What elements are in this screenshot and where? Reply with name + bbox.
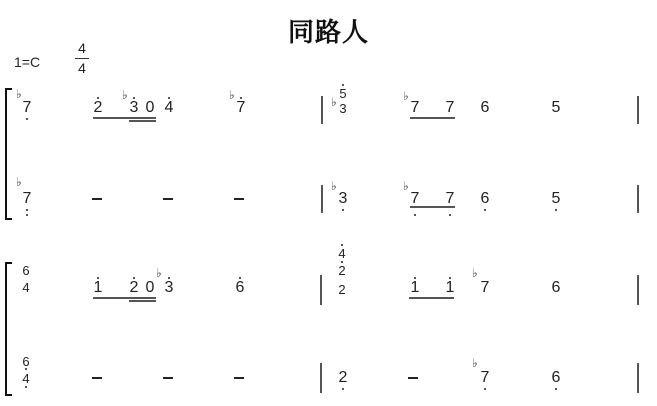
note: 0 [144,99,156,117]
flat-icon: ♭ [472,357,478,369]
flat-icon: ♭ [229,89,235,101]
note: 6 [479,190,491,208]
high-octave-dot [133,277,135,279]
sixteenth-underline [129,120,156,122]
bar-line [320,275,322,305]
note-digit: 2 [339,369,348,386]
note-digit: 4 [22,280,29,295]
chord-note: 6 [20,264,32,277]
note-digit: 7 [411,99,420,116]
eighth-underline [409,297,454,299]
high-octave-dot [342,84,344,86]
time-sig-divider [75,58,89,59]
note: 6 [479,99,491,117]
note-digit: 2 [338,282,345,297]
low-octave-dot [555,209,557,211]
flat-icon: ♭ [472,267,478,279]
low-octave-dot [342,209,344,211]
note: 0 [144,279,156,297]
low-octave-dot [449,214,451,216]
sustain-dash [234,377,244,379]
flat-icon: ♭ [331,180,337,192]
chord-note: 2 [336,264,348,277]
bar-line [321,96,323,124]
chord-note: 4 [20,281,32,294]
note-digit: 6 [552,279,561,296]
bar-line [637,96,639,124]
note-digit: 0 [146,99,155,116]
note-digit: 4 [165,99,174,116]
note: 1 [409,279,421,297]
low-octave-dot [25,368,27,370]
chord-note: 4 [20,372,32,385]
flat-icon: ♭ [16,176,22,188]
low-octave-dot [555,388,557,390]
flat-icon: ♭ [403,180,409,192]
bar-line [637,275,639,305]
sixteenth-underline [129,300,156,302]
note: 7 [21,190,33,208]
note-digit: 7 [481,369,490,386]
sustain-dash [163,198,173,200]
sustain-dash [92,198,102,200]
high-octave-dot [341,244,343,246]
low-octave-dot [26,214,28,216]
chord-note: 6 [20,355,32,368]
note: 4 [163,99,175,117]
note-digit: 7 [23,190,32,207]
flat-icon: ♭ [122,89,128,101]
system-2-brace [5,262,12,396]
time-signature: 4 4 [75,40,89,77]
note-digit: 6 [552,369,561,386]
note-digit: 4 [338,246,345,261]
note-digit: 6 [236,279,245,296]
chord-note: 4 [336,247,348,260]
note: 3 [163,279,175,297]
low-octave-dot [414,214,416,216]
time-sig-bottom: 4 [78,60,86,76]
note-digit: 3 [165,279,174,296]
high-octave-dot [97,97,99,99]
note-digit: 6 [481,99,490,116]
low-octave-dot [484,209,486,211]
bar-line [321,185,323,213]
bar-line [320,363,322,393]
note: 2 [92,99,104,117]
note-digit: 2 [94,99,103,116]
eighth-underline [93,297,156,299]
sustain-dash [163,377,173,379]
note-digit: 6 [22,263,29,278]
note-digit: 6 [22,354,29,369]
low-octave-dot [26,209,28,211]
high-octave-dot [449,277,451,279]
note: 7 [479,279,491,297]
high-octave-dot [239,277,241,279]
note: 1 [92,279,104,297]
note: 5 [550,99,562,117]
bar-line [637,363,639,393]
note-digit: 2 [338,263,345,278]
note: 7 [444,99,456,117]
note-digit: 3 [339,101,346,116]
note: 7 [409,99,421,117]
sustain-dash [234,198,244,200]
note-digit: 5 [552,99,561,116]
note-digit: 7 [481,279,490,296]
note-digit: 7 [411,190,420,207]
low-octave-dot [25,386,27,388]
eighth-underline [410,117,455,119]
low-octave-dot [484,388,486,390]
note-digit: 1 [446,279,455,296]
note: 1 [444,279,456,297]
note-digit: 6 [481,190,490,207]
high-octave-dot [240,97,242,99]
eighth-underline [410,206,455,208]
sustain-dash [92,377,102,379]
high-octave-dot [97,277,99,279]
note: 3 [128,99,140,117]
high-octave-dot [168,97,170,99]
note-digit: 3 [130,99,139,116]
note: 7 [479,369,491,387]
note: 2 [337,369,349,387]
note-digit: 1 [411,279,420,296]
system-1-brace [5,88,12,220]
low-octave-dot [342,388,344,390]
high-octave-dot [168,277,170,279]
note-digit: 0 [146,279,155,296]
note-digit: 2 [130,279,139,296]
note-digit: 7 [237,99,246,116]
note: 2 [128,279,140,297]
note: 5 [550,190,562,208]
chord-note: 5 [337,87,349,100]
note-digit: 5 [339,86,346,101]
eighth-underline [93,117,156,119]
note: 6 [550,369,562,387]
note-digit: 7 [446,99,455,116]
time-sig-top: 4 [78,40,86,56]
flat-icon: ♭ [403,90,409,102]
note: 3 [337,190,349,208]
high-octave-dot [133,97,135,99]
note: 6 [234,279,246,297]
chord-note: 3 [337,102,349,115]
flat-icon: ♭ [331,96,337,108]
key-signature: 1=C [14,54,40,70]
note-digit: 5 [552,190,561,207]
note: 7 [235,99,247,117]
note-digit: 4 [22,371,29,386]
note-digit: 3 [339,190,348,207]
sustain-dash [408,377,418,379]
score-title: 同路人 [0,12,657,49]
flat-icon: ♭ [156,267,162,279]
high-octave-dot [341,261,343,263]
bar-line [637,185,639,213]
note-digit: 1 [94,279,103,296]
note-digit: 7 [23,99,32,116]
note: 6 [550,279,562,297]
note-digit: 7 [446,190,455,207]
low-octave-dot [26,118,28,120]
high-octave-dot [414,277,416,279]
note: 7 [21,99,33,117]
chord-note: 2 [336,283,348,296]
